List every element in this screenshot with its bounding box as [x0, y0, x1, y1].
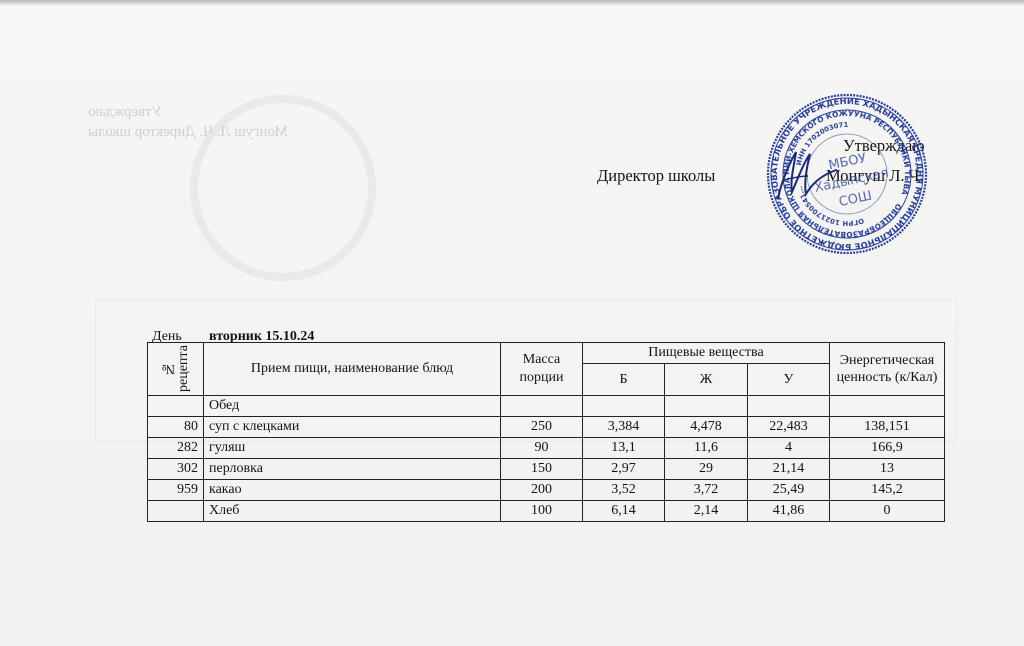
scan-edge [0, 0, 1024, 6]
scanned-page: Утверждаю Монгуш Л. Ч. Директор школы Ут… [0, 0, 1024, 646]
ghost-text: Монгуш Л. Ч. Директор школы [88, 124, 288, 141]
ghost-stamp [190, 95, 376, 281]
energy: 166,9 [830, 438, 945, 459]
carbs: 4 [748, 438, 830, 459]
dish-name: Хлеб [204, 501, 501, 522]
header-portion: Масса порции [501, 343, 583, 396]
dish-name: перловка [204, 459, 501, 480]
energy: 138,151 [830, 417, 945, 438]
menu-table: № рецепта Прием пищи, наименование блюд … [147, 342, 945, 522]
stamp-center-3: СОШ [838, 189, 874, 211]
protein: 3,384 [583, 417, 665, 438]
header-energy: Энергетическая ценность (к/Кал) [830, 343, 945, 396]
fat: 2,14 [665, 501, 748, 522]
portion: 150 [501, 459, 583, 480]
table-row: 302 перловка 150 2,97 29 21,14 13 [148, 459, 945, 480]
meal-name: Обед [204, 396, 501, 417]
meal-row: Обед [148, 396, 945, 417]
portion: 90 [501, 438, 583, 459]
director-position: Директор школы [597, 166, 715, 186]
header-dish: Прием пищи, наименование блюд [204, 343, 501, 396]
protein: 6,14 [583, 501, 665, 522]
recipe-no: 80 [148, 417, 204, 438]
fat: 4,478 [665, 417, 748, 438]
energy: 145,2 [830, 480, 945, 501]
header-fat: Ж [665, 364, 748, 396]
carbs: 41,86 [748, 501, 830, 522]
recipe-no: 282 [148, 438, 204, 459]
protein: 13,1 [583, 438, 665, 459]
recipe-no: 959 [148, 480, 204, 501]
header-recipe-no: № рецепта [148, 343, 204, 396]
energy: 0 [830, 501, 945, 522]
table-row: 282 гуляш 90 13,1 11,6 4 166,9 [148, 438, 945, 459]
fat: 11,6 [665, 438, 748, 459]
ghost-text: Утверждаю [88, 104, 162, 121]
dish-name: суп с клецками [204, 417, 501, 438]
recipe-no: 302 [148, 459, 204, 480]
carbs: 25,49 [748, 480, 830, 501]
dish-name: гуляш [204, 438, 501, 459]
portion: 100 [501, 501, 583, 522]
table-row: Хлеб 100 6,14 2,14 41,86 0 [148, 501, 945, 522]
carbs: 21,14 [748, 459, 830, 480]
carbs: 22,483 [748, 417, 830, 438]
fat: 29 [665, 459, 748, 480]
protein: 3,52 [583, 480, 665, 501]
energy: 13 [830, 459, 945, 480]
portion: 250 [501, 417, 583, 438]
header-protein: Б [583, 364, 665, 396]
dish-name: какао [204, 480, 501, 501]
signature-icon [760, 140, 840, 210]
header-carbs: У [748, 364, 830, 396]
table-row: 80 суп с клецками 250 3,384 4,478 22,483… [148, 417, 945, 438]
header-nutrients: Пищевые вещества [583, 343, 830, 364]
fat: 3,72 [665, 480, 748, 501]
protein: 2,97 [583, 459, 665, 480]
table-row: 959 какао 200 3,52 3,72 25,49 145,2 [148, 480, 945, 501]
portion: 200 [501, 480, 583, 501]
recipe-no [148, 501, 204, 522]
